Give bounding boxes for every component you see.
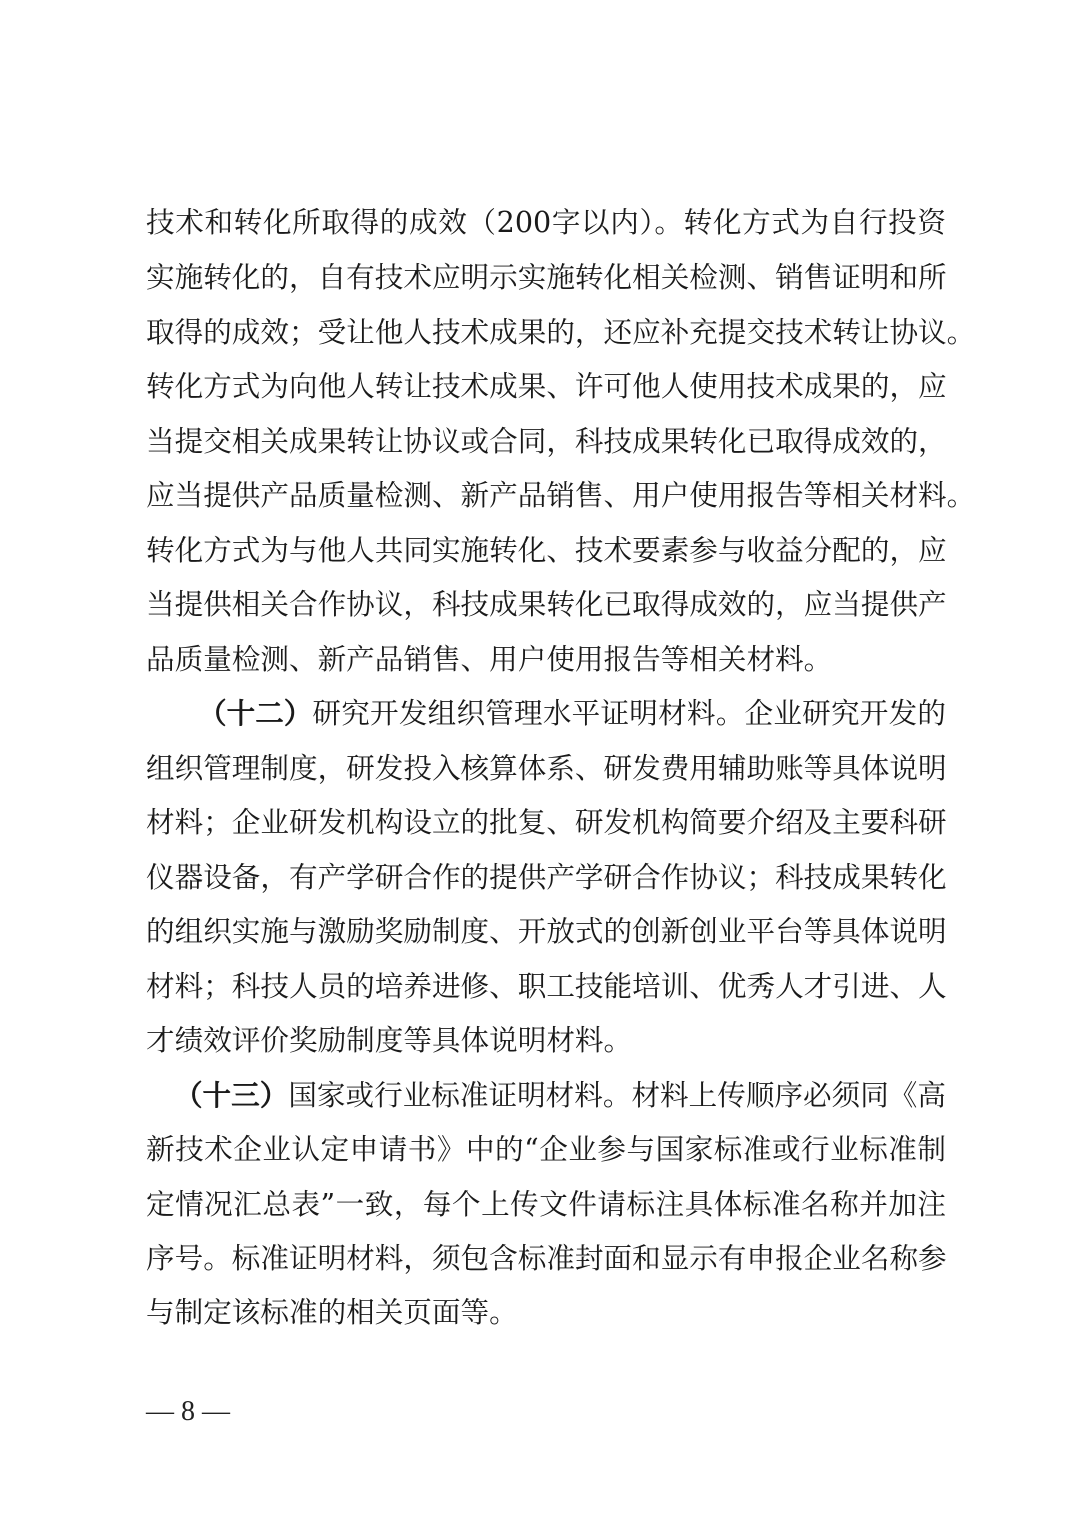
page-number: — 8 — (146, 1392, 230, 1432)
text-line: 新技术企业认定申请书》中的“企业参与国家标准或行业标准制 (146, 1129, 946, 1169)
text-line: 取得的成效；受让他人技术成果的，还应补充提交技术转让协议。 (146, 312, 946, 352)
text-line: 仪器设备，有产学研合作的提供产学研合作协议；科技成果转化 (146, 857, 946, 897)
text-line-content: 研究开发组织管理水平证明材料。企业研究开发的 (312, 693, 946, 733)
text-line: 当提交相关成果转让协议或合同，科技成果转化已取得成效的， (146, 421, 946, 461)
text-line-first: （十三） 国家或行业标准证明材料。材料上传顺序必须同《高 (146, 1075, 946, 1115)
section-heading-number: （十三） (174, 1075, 288, 1115)
text-line: 材料；企业研发机构设立的批复、研发机构简要介绍及主要科研 (146, 802, 946, 842)
text-line-content: 国家或行业标准证明材料。材料上传顺序必须同《高 (288, 1075, 946, 1115)
text-line: 才绩效评价奖励制度等具体说明材料。 (146, 1020, 946, 1060)
section-heading-number: （十二） (198, 693, 312, 733)
text-line: 序号。标准证明材料，须包含标准封面和显示有申报企业名称参 (146, 1238, 946, 1278)
text-line: 的组织实施与激励奖励制度、开放式的创新创业平台等具体说明 (146, 911, 946, 951)
paragraph-indent (146, 693, 204, 733)
text-line: 与制定该标准的相关页面等。 (146, 1292, 946, 1332)
text-line: 材料；科技人员的培养进修、职工技能培训、优秀人才引进、人 (146, 966, 946, 1006)
text-line: 当提供相关合作协议，科技成果转化已取得成效的，应当提供产 (146, 584, 946, 624)
text-line: 实施转化的，自有技术应明示实施转化相关检测、销售证明和所 (146, 257, 946, 297)
text-line: 定情况汇总表”一致，每个上传文件请标注具体标准名称并加注 (146, 1184, 946, 1224)
text-line: 品质量检测、新产品销售、用户使用报告等相关材料。 (146, 639, 946, 679)
text-line: 组织管理制度，研发投入核算体系、研发费用辅助账等具体说明 (146, 748, 946, 788)
text-line: 应当提供产品质量检测、新产品销售、用户使用报告等相关材料。 (146, 475, 946, 515)
text-line-first: （十二） 研究开发组织管理水平证明材料。企业研究开发的 (146, 693, 946, 733)
text-line: 转化方式为与他人共同实施转化、技术要素参与收益分配的，应 (146, 530, 946, 570)
document-page: 技术和转化所取得的成效（200字以内）。转化方式为自行投资 实施转化的，自有技术… (0, 0, 1080, 1526)
text-line: 技术和转化所取得的成效（200字以内）。转化方式为自行投资 (146, 202, 946, 242)
text-line: 转化方式为向他人转让技术成果、许可他人使用技术成果的，应 (146, 366, 946, 406)
